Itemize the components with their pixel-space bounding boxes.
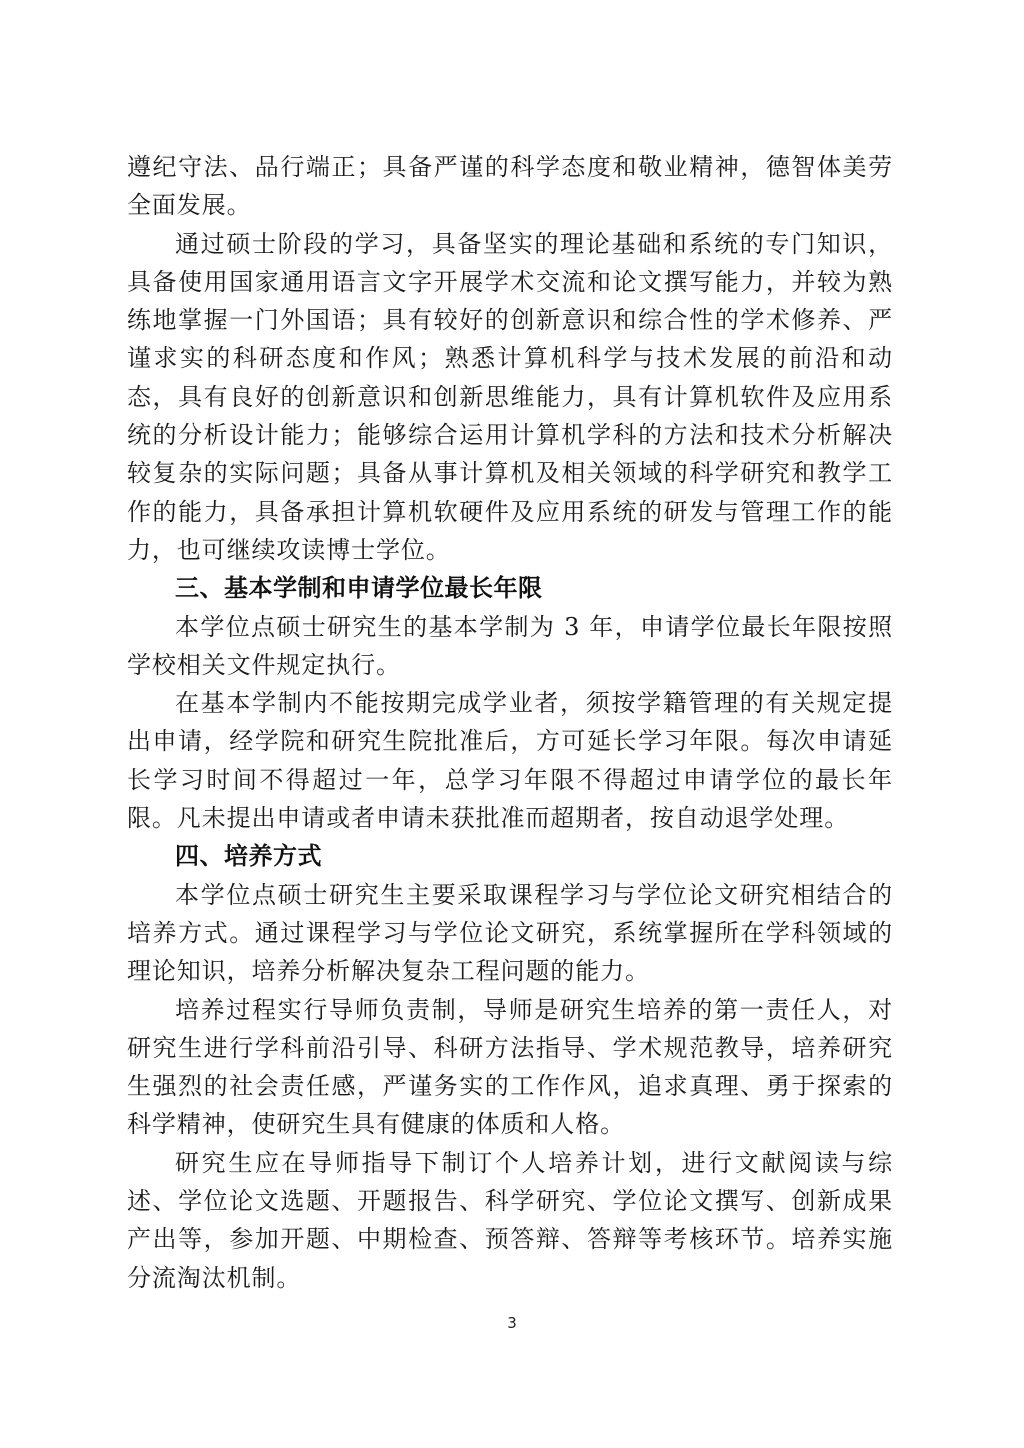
paragraph-basic-duration: 本学位点硕士研究生的基本学制为 3 年，申请学位最长年限按照学校相关文件规定执行… bbox=[127, 608, 893, 685]
paragraph-master-study-goals: 通过硕士阶段的学习，具备坚实的理论基础和系统的专门知识，具备使用国家通用语言文字… bbox=[127, 225, 893, 570]
section-heading-duration: 三、基本学制和申请学位最长年限 bbox=[127, 569, 893, 607]
paragraph-extension-rules: 在基本学制内不能按期完成学业者，须按学籍管理的有关规定提出申请，经学院和研究生院… bbox=[127, 684, 893, 837]
paragraph-training-approach: 本学位点硕士研究生主要采取课程学习与学位论文研究相结合的培养方式。通过课程学习与… bbox=[127, 876, 893, 991]
page-number: 3 bbox=[0, 1314, 1024, 1332]
paragraph-conduct-continuation: 遵纪守法、品行端正；具备严谨的科学态度和敬业精神，德智体美劳全面发展。 bbox=[127, 148, 893, 225]
section-heading-training-mode: 四、培养方式 bbox=[127, 837, 893, 875]
paragraph-supervisor-responsibility: 培养过程实行导师负责制，导师是研究生培养的第一责任人，对研究生进行学科前沿引导、… bbox=[127, 991, 893, 1144]
document-page: 遵纪守法、品行端正；具备严谨的科学态度和敬业精神，德智体美劳全面发展。 通过硕士… bbox=[127, 148, 893, 1297]
paragraph-training-plan: 研究生应在导师指导下制订个人培养计划，进行文献阅读与综述、学位论文选题、开题报告… bbox=[127, 1144, 893, 1297]
